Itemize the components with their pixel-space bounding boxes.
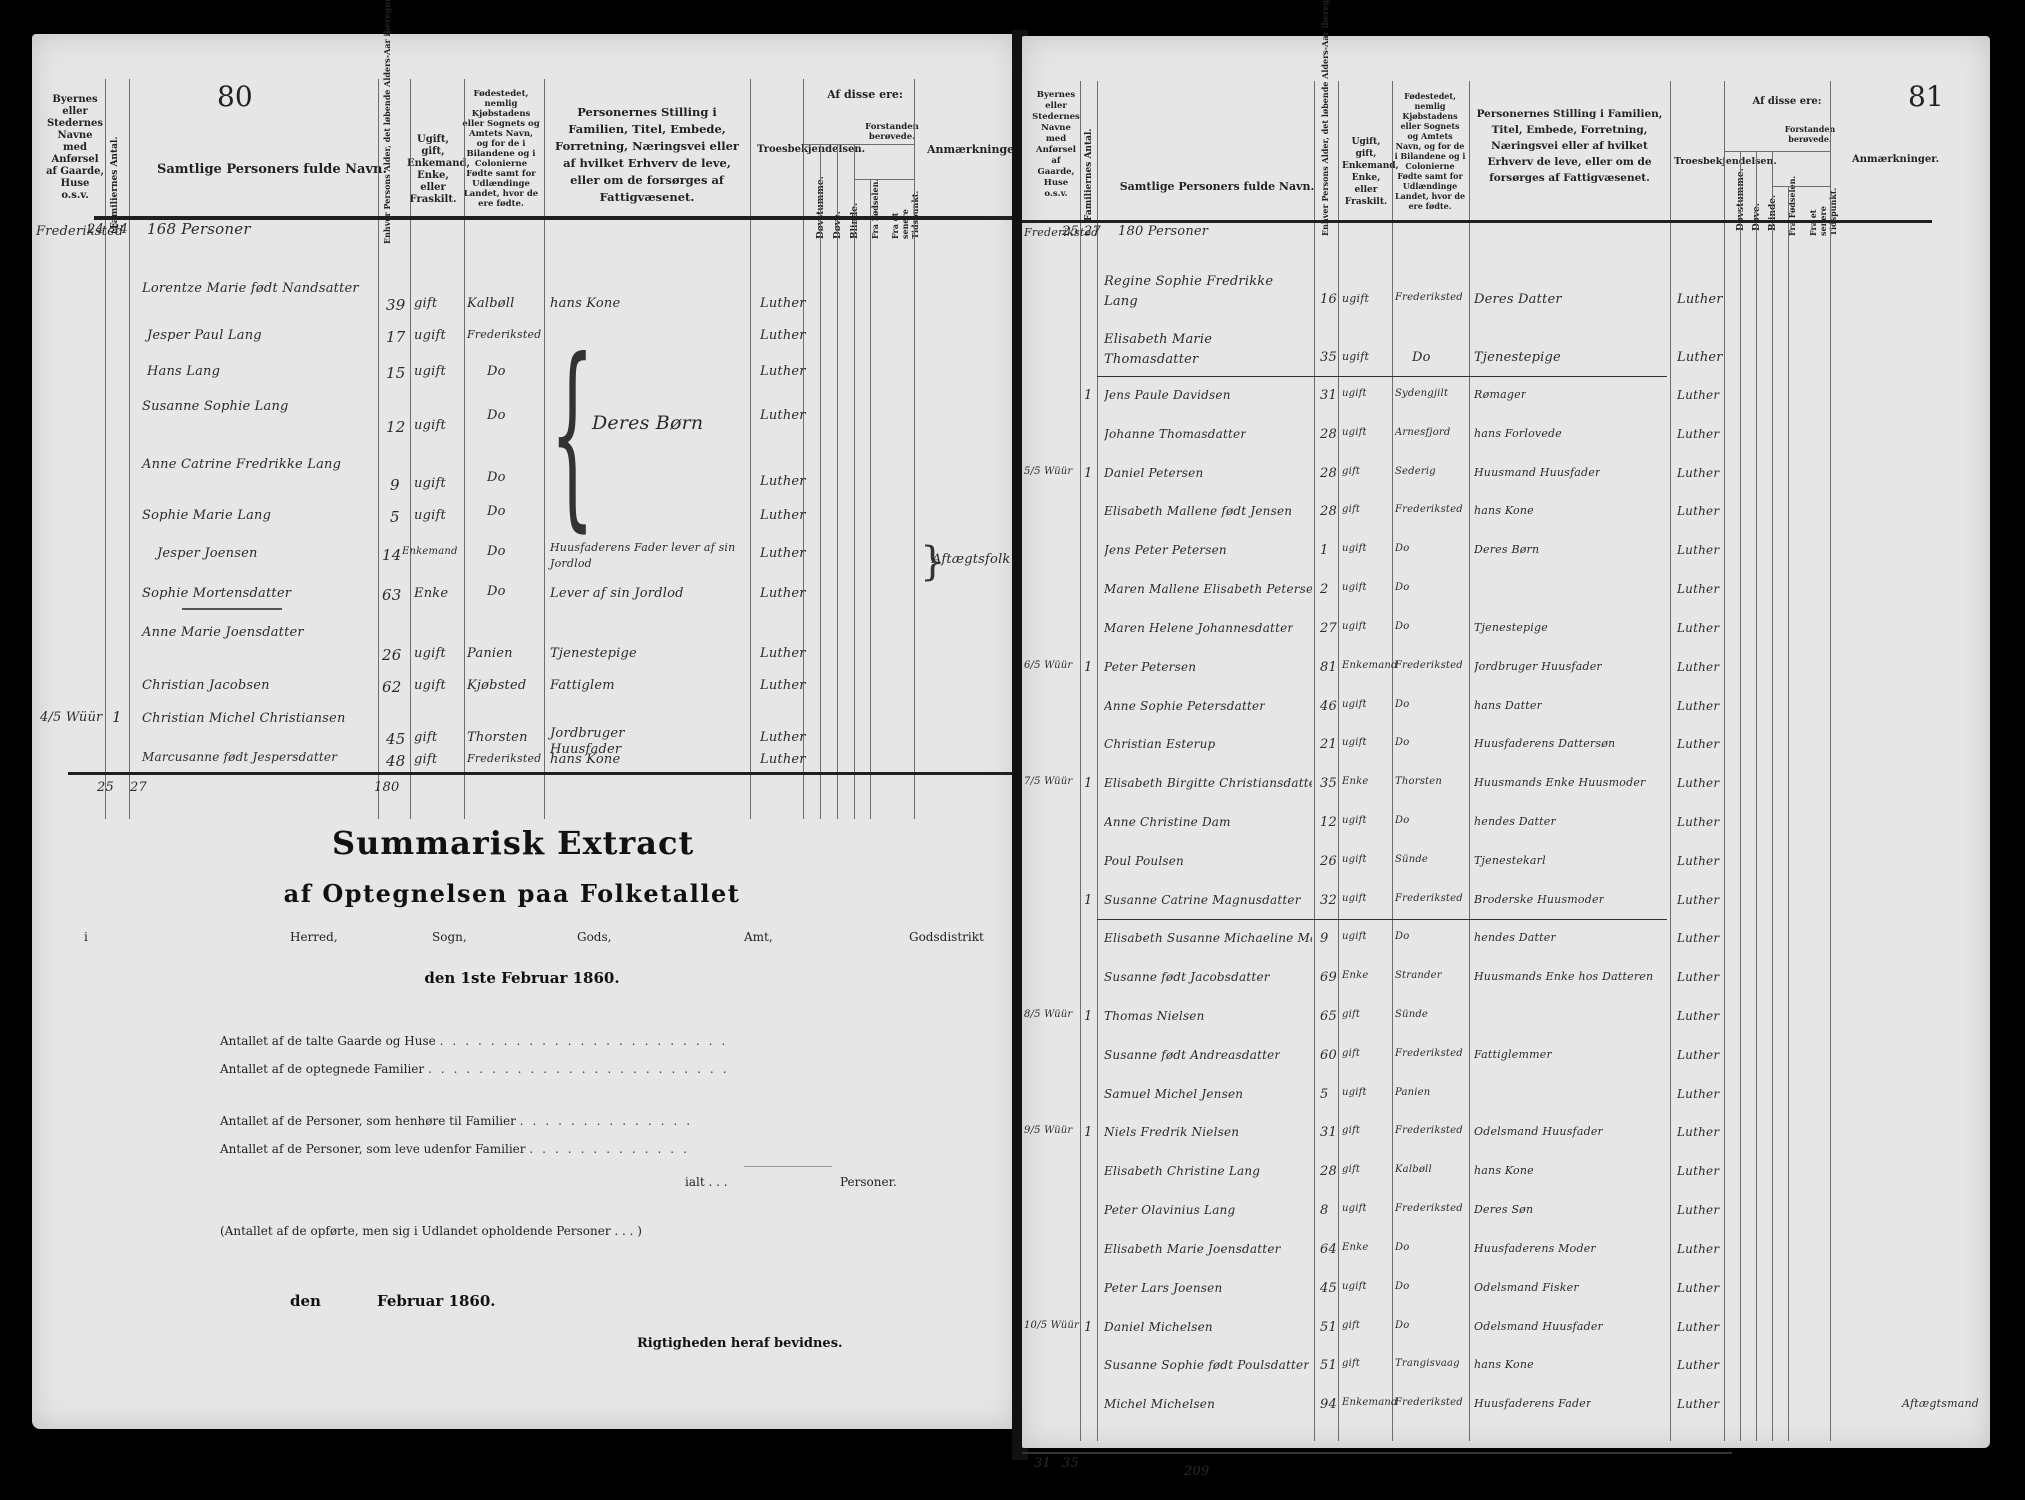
person-name: Susanne født Jacobsdatter: [1104, 970, 1270, 984]
birthplace: Do: [1395, 815, 1409, 826]
faith: Luther: [760, 678, 806, 693]
person-name: Niels Fredrik Nielsen: [1104, 1125, 1239, 1139]
marital-status: ugift: [1342, 893, 1367, 904]
marital-status: Enkemand: [1342, 1397, 1398, 1408]
column-rule: [1756, 151, 1757, 1441]
header-remarks: Anmærkninger.: [927, 144, 997, 156]
marital-status: ugift: [1342, 350, 1369, 363]
position: Tjenestepige: [1474, 621, 1548, 634]
faith: Luther: [1677, 970, 1719, 984]
place-entry: 9/5 Wüür: [1024, 1125, 1072, 1136]
birthplace: Do: [487, 584, 506, 599]
birthplace: Thorsten: [467, 730, 528, 745]
column-rule: [854, 144, 855, 819]
header-bottom-rule: [1022, 220, 1932, 223]
place-entry: 8/5 Wüür: [1024, 1009, 1072, 1020]
person-name: Poul Poulsen: [1104, 854, 1184, 868]
house-count: 24: [87, 222, 104, 237]
family-count: 1: [1084, 466, 1092, 481]
marital-status: Enke: [1342, 776, 1369, 787]
faith: Luther: [1677, 1048, 1719, 1062]
person-name: Christian Michel Christiansen: [142, 706, 372, 732]
position: Rømager: [1474, 388, 1526, 401]
position: Huusmands Enke hos Datteren: [1474, 970, 1653, 983]
person-age: 32: [1320, 893, 1337, 908]
marital-status: gift: [414, 296, 437, 311]
place-entry: 10/5 Wüür: [1024, 1320, 1079, 1331]
faith: Luther: [1677, 427, 1719, 441]
birthplace: Do: [1395, 1281, 1409, 1292]
family-count: 24: [111, 222, 128, 237]
person-age: 5: [1320, 1087, 1328, 1102]
position: hans Kone: [550, 752, 620, 767]
page-total-rule: [68, 772, 1018, 775]
birthplace: Panien: [467, 646, 513, 661]
position: Huusfaderens Moder: [1474, 1242, 1596, 1255]
birthplace: Do: [1395, 699, 1409, 710]
birthplace: Kalbøll: [1395, 1164, 1432, 1175]
family-count: 1: [1084, 1320, 1092, 1335]
header-rule: [854, 179, 914, 180]
marital-status: ugift: [1342, 427, 1367, 438]
person-age: 64: [1320, 1242, 1337, 1257]
birthplace: Frederiksted: [467, 328, 541, 341]
marital-status: ugift: [1342, 1203, 1367, 1214]
marital-status: ugift: [414, 328, 446, 343]
person-age: 2: [1320, 582, 1328, 597]
birthplace: Frederiksted: [1395, 893, 1463, 904]
right-page: 81 Byernes eller Stedernes Navne med Anf…: [1022, 36, 1990, 1448]
person-name: Susanne født Andreasdatter: [1104, 1048, 1280, 1062]
dot-leader: .............: [529, 1142, 696, 1156]
summary-line-families: Antallet af de optegnede Familier ......…: [220, 1062, 736, 1076]
birthplace: Do: [1412, 350, 1431, 365]
person-age: 27: [1320, 621, 1337, 636]
birthplace: Frederiksted: [1395, 660, 1463, 671]
birthplace: Kjøbsted: [467, 678, 526, 693]
person-name: Marcusanne født Jespersdatter: [142, 750, 337, 764]
position: Tjenestepige: [1474, 350, 1561, 365]
header-dumb: Døve.: [833, 204, 843, 239]
header-age: Enhver Persons Alder, det løbende Alders…: [382, 104, 392, 244]
person-age: 21: [1320, 737, 1337, 752]
marital-status: Enkemand: [402, 546, 458, 557]
position: Deres Søn: [1474, 1203, 1533, 1216]
header-dumb: Døve.: [1752, 196, 1762, 231]
column-rule: [837, 144, 838, 819]
person-name: Elisabeth Birgitte Christiansdatter: [1104, 776, 1312, 790]
header-of-these: Af disse ere:: [810, 89, 920, 101]
dot-leader: ........................: [428, 1062, 736, 1076]
column-rule: [870, 179, 871, 819]
house-count: 25: [1062, 224, 1079, 239]
header-families: Familiernes Antal.: [1084, 111, 1094, 221]
marital-status: gift: [1342, 1320, 1360, 1331]
faith: Luther: [1677, 1087, 1719, 1101]
person-age: 15: [386, 364, 406, 382]
person-age: 5: [390, 508, 400, 526]
faith: Luther: [1677, 388, 1719, 402]
persons-carry-over: 168 Personer: [147, 220, 251, 238]
header-rule: [1772, 186, 1830, 187]
total-families: 27: [130, 780, 147, 795]
column-rule: [464, 79, 465, 819]
summary-line-persons-outside: Antallet af de Personer, som leve udenfo…: [220, 1142, 696, 1156]
faith: Luther: [760, 364, 806, 379]
person-name: Jesper Paul Lang: [147, 328, 262, 343]
marital-status: Enke: [414, 586, 448, 601]
column-rule: [1670, 81, 1671, 1441]
person-age: 1: [1320, 543, 1328, 558]
faith: Luther: [1677, 1358, 1719, 1372]
brace-icon: {: [550, 334, 595, 534]
position: Huusfaderens Dattersøn: [1474, 737, 1615, 750]
header-birthplace: Fødestedet, nemlig Kjøbstadens eller Sog…: [1394, 91, 1466, 211]
person-age: 45: [1320, 1281, 1337, 1296]
position: Lever af sin Jordlod: [550, 586, 684, 601]
birthplace: Panien: [1395, 1087, 1430, 1098]
birthplace: Kalbøll: [467, 296, 514, 311]
header-deaf: Døvstumme.: [816, 179, 826, 239]
person-age: 12: [1320, 815, 1337, 830]
column-rule: [1080, 81, 1081, 1441]
faith: Luther: [1677, 854, 1719, 868]
person-name: Anne Christine Dam: [1104, 815, 1231, 829]
birthplace: Frederiksted: [1395, 1203, 1463, 1214]
leading-mark: i: [84, 930, 88, 944]
marital-status: gift: [1342, 466, 1360, 477]
position: Fattiglem: [550, 678, 615, 693]
faith: Luther: [1677, 582, 1719, 596]
faith: Luther: [1677, 504, 1719, 518]
position: Huusfaderens Fader: [1474, 1397, 1591, 1410]
person-age: 35: [1320, 776, 1337, 791]
marital-status: ugift: [414, 508, 446, 523]
faith: Luther: [760, 646, 806, 661]
page-total-rule: [1022, 1452, 1732, 1454]
total-label: ialt . . .: [685, 1175, 728, 1189]
birthplace: Frederiksted: [1395, 1048, 1463, 1059]
column-rule: [820, 144, 821, 819]
birthplace: Do: [1395, 1242, 1409, 1253]
person-age: 62: [382, 678, 402, 696]
faith: Luther: [760, 508, 806, 523]
household-rule: [1097, 919, 1667, 920]
column-rule: [105, 79, 106, 819]
position: Tjenestepige: [550, 646, 637, 661]
header-name: Samtlige Personers fulde Navn.: [1107, 181, 1327, 193]
left-page: 80 Byernes eller Stedernes Navne med Anf…: [32, 34, 1017, 1429]
person-name: Susanne Sophie Lang: [142, 396, 372, 418]
birthplace: Do: [487, 408, 506, 423]
birthplace: Arnesfjord: [1395, 427, 1451, 438]
total-persons: 209: [1184, 1464, 1209, 1479]
marital-status: ugift: [414, 678, 446, 693]
dot-leader: ..............: [520, 1114, 699, 1128]
total-persons: 180: [374, 780, 399, 795]
header-of-these: Af disse ere:: [1732, 96, 1842, 108]
position: Odelsmand Fisker: [1474, 1281, 1579, 1294]
header-birthplace: Fødestedet, nemlig Kjøbstadens eller Sog…: [462, 89, 540, 209]
person-age: 8: [1320, 1203, 1328, 1218]
position: hans Kone: [1474, 504, 1534, 517]
marital-status: ugift: [414, 646, 446, 661]
marital-status: gift: [1342, 1009, 1360, 1020]
marital-status: ugift: [1342, 931, 1367, 942]
column-rule: [1469, 81, 1470, 1441]
persons-carry-over: 180 Personer: [1118, 224, 1208, 239]
person-age: 46: [1320, 699, 1337, 714]
header-remarks: Anmærkninger.: [1852, 154, 1922, 166]
person-name: Regine Sophie Fredrikke Lang: [1104, 272, 1309, 312]
person-age: 81: [1320, 660, 1337, 675]
faith: Luther: [1677, 1125, 1719, 1139]
faith: Luther: [1677, 931, 1719, 945]
person-name: Peter Lars Joensen: [1104, 1281, 1222, 1295]
admin-unit-herred: Herred,: [290, 930, 338, 944]
marital-status: gift: [1342, 1164, 1360, 1175]
column-rule: [750, 79, 751, 819]
faith: Luther: [1677, 776, 1719, 790]
marital-status: gift: [1342, 1048, 1360, 1059]
faith: Luther: [1677, 737, 1719, 751]
header-rule: [1724, 151, 1830, 152]
marital-status: ugift: [1342, 854, 1367, 865]
person-age: 26: [382, 646, 402, 664]
header-later: Fra et senere Tidspunkt.: [890, 184, 910, 239]
abroad-line: (Antallet af de opførte, men sig i Udlan…: [220, 1224, 642, 1238]
birthplace: Do: [487, 504, 506, 519]
birthplace: Do: [1395, 1320, 1409, 1331]
birthplace: Frederiksted: [1395, 504, 1463, 515]
faith: Luther: [1677, 543, 1719, 557]
faith: Luther: [760, 730, 806, 745]
attestation: Rigtigheden heraf bevidnes.: [637, 1336, 843, 1351]
family-count: 1: [1084, 1009, 1092, 1024]
person-name: Daniel Michelsen: [1104, 1320, 1213, 1334]
marital-status: ugift: [1342, 388, 1367, 399]
signature-date: Februar 1860.: [377, 1292, 495, 1310]
faith: Luther: [1677, 1164, 1719, 1178]
position: Fattiglemmer: [1474, 1048, 1552, 1061]
position: hans Forlovede: [1474, 427, 1562, 440]
total-houses: 31: [1034, 1456, 1051, 1471]
faith: Luther: [760, 474, 806, 489]
admin-unit-amt: Amt,: [744, 930, 773, 944]
faith: Luther: [1677, 660, 1719, 674]
summary-line-houses: Antallet af de talte Gaarde og Huse ....…: [220, 1034, 734, 1048]
header-faith: Troesbekjendelsen.: [757, 144, 805, 156]
person-age: 28: [1320, 427, 1337, 442]
person-name: Anne Sophie Petersdatter: [1104, 699, 1265, 713]
admin-unit-gods: Gods,: [577, 930, 611, 944]
birthplace: Do: [487, 364, 506, 379]
summary-subtitle: af Optegnelsen paa Folketallet: [272, 879, 752, 908]
faith: Luther: [1677, 350, 1723, 365]
marital-status: ugift: [1342, 699, 1367, 710]
position: hans Kone: [1474, 1164, 1534, 1177]
person-name: Elisabeth Marie Joensdatter: [1104, 1242, 1281, 1256]
marital-status: ugift: [1342, 1281, 1367, 1292]
faith: Luther: [1677, 815, 1719, 829]
family-count: 1: [1084, 893, 1092, 908]
faith: Luther: [1677, 1320, 1719, 1334]
remark: Aftægtsfolk: [932, 552, 1011, 567]
position: hans Kone: [1474, 1358, 1534, 1371]
column-rule: [1772, 151, 1773, 1441]
person-age: 28: [1320, 1164, 1337, 1179]
person-name: Elisabeth Marie Thomasdatter: [1104, 330, 1309, 370]
birthplace: Do: [487, 544, 506, 559]
person-age: 17: [386, 328, 406, 346]
birthplace: Do: [1395, 621, 1409, 632]
birthplace: Sünde: [1395, 854, 1428, 865]
person-name: Thomas Nielsen: [1104, 1009, 1205, 1023]
faith: Luther: [760, 752, 806, 767]
marital-status: ugift: [1342, 582, 1367, 593]
family-count: 1: [1084, 660, 1092, 675]
position: Odelsmand Huusfader: [1474, 1125, 1603, 1138]
person-name: Elisabeth Susanne Michaeline Magnussen: [1104, 931, 1312, 945]
person-name: Jens Paule Davidsen: [1104, 388, 1231, 402]
person-name: Sophie Mortensdatter: [142, 586, 291, 601]
summary-line-persons-in-families: Antallet af de Personer, som henhøre til…: [220, 1114, 699, 1128]
faith: Luther: [1677, 292, 1723, 307]
faith: Luther: [1677, 699, 1719, 713]
person-age: 31: [1320, 1125, 1337, 1140]
position: hendes Datter: [1474, 815, 1556, 828]
position: hans Datter: [1474, 699, 1542, 712]
person-name: Anne Catrine Fredrikke Lang: [142, 454, 372, 476]
birthplace: Do: [1395, 543, 1409, 554]
person-name: Elisabeth Christine Lang: [1104, 1164, 1260, 1178]
marital-status: ugift: [1342, 621, 1367, 632]
column-rule: [914, 79, 915, 819]
position: Deres Børn: [1474, 543, 1539, 556]
header-marital: Ugift, gift, Enkemand, Enke, eller Frask…: [407, 134, 459, 206]
birthplace: Frederiksted: [1395, 1125, 1463, 1136]
birthplace: Thorsten: [1395, 776, 1442, 787]
header-later: Fra et senere Tidspunkt.: [1808, 186, 1828, 236]
birthplace: Do: [1395, 931, 1409, 942]
signature-date-prefix: den: [290, 1292, 321, 1310]
person-name: Samuel Michel Jensen: [1104, 1087, 1243, 1101]
column-rule: [1314, 81, 1315, 1441]
remark: Aftægtsmand: [1902, 1397, 1979, 1410]
place-entry: 4/5 Wüür: [40, 710, 102, 725]
header-name: Samtlige Personers fulde Navn.: [142, 164, 402, 176]
marital-status: ugift: [1342, 543, 1367, 554]
birthplace: Do: [1395, 737, 1409, 748]
family-count: 1: [112, 708, 122, 726]
faith: Luther: [1677, 1009, 1719, 1023]
position: Broderske Huusmoder: [1474, 893, 1604, 906]
person-name: Lorentze Marie født Nandsatter: [142, 280, 372, 298]
column-rule: [378, 79, 379, 819]
column-rule: [410, 79, 411, 819]
birthplace: Do: [1395, 582, 1409, 593]
column-rule: [803, 79, 804, 819]
person-age: 16: [1320, 292, 1337, 307]
position: Tjenestekarl: [1474, 854, 1546, 867]
marital-status: gift: [1342, 1358, 1360, 1369]
page-number: 80: [217, 80, 253, 113]
faith: Luther: [1677, 1242, 1719, 1256]
birthplace: Trangisvaag: [1395, 1358, 1460, 1369]
marital-status: Enke: [1342, 970, 1369, 981]
position: Huusmands Enke Huusmoder: [1474, 776, 1646, 789]
header-faith: Troesbekjendelsen.: [1674, 156, 1722, 168]
person-age: 9: [1320, 931, 1328, 946]
person-age: 69: [1320, 970, 1337, 985]
position: Odelsmand Huusfader: [1474, 1320, 1603, 1333]
total-families: 35: [1062, 1456, 1079, 1471]
position: hendes Datter: [1474, 931, 1556, 944]
summary-date: den 1ste Februar 1860.: [372, 969, 672, 987]
position: Huusfaderens Fader lever af sin Jordlod: [550, 540, 745, 572]
total-houses: 25: [97, 780, 114, 795]
faith: Luther: [1677, 466, 1719, 480]
person-name: Johanne Thomasdatter: [1104, 427, 1246, 441]
header-mentally: Forstanden berøvede.: [864, 122, 920, 142]
person-age: 9: [390, 476, 400, 494]
header-position: Personernes Stilling i Familien, Titel, …: [547, 104, 747, 206]
faith: Luther: [760, 586, 806, 601]
marital-status: gift: [414, 730, 437, 745]
column-rule: [1740, 151, 1741, 1441]
place-entry: 7/5 Wüür: [1024, 776, 1072, 787]
header-rule: [803, 144, 914, 145]
position: Deres Børn: [592, 412, 703, 434]
header-age: Enhver Persons Alder, det løbende Alders…: [1320, 96, 1330, 236]
marital-status: gift: [1342, 1125, 1360, 1136]
birthplace: Frederiksted: [1395, 292, 1463, 303]
person-age: 60: [1320, 1048, 1337, 1063]
sum-rule: [744, 1166, 832, 1167]
person-name: Maren Mallene Elisabeth Petersen: [1104, 582, 1312, 596]
column-rule: [544, 79, 545, 819]
position: Jordbruger Huusfader: [1474, 660, 1602, 673]
marital-status: gift: [1342, 504, 1360, 515]
person-age: 39: [386, 296, 406, 314]
column-rule: [1392, 81, 1393, 1441]
person-age: 28: [1320, 504, 1337, 519]
page-number: 81: [1908, 80, 1944, 113]
person-age: 26: [1320, 854, 1337, 869]
marital-status: ugift: [1342, 1087, 1367, 1098]
person-name: Christian Jacobsen: [142, 678, 270, 693]
separator-rule: [182, 608, 282, 610]
faith: Luther: [1677, 1281, 1719, 1295]
birthplace: Sederig: [1395, 466, 1436, 477]
birthplace: Sünde: [1395, 1009, 1428, 1020]
faith: Luther: [1677, 1203, 1719, 1217]
person-name: Peter Olavinius Lang: [1104, 1203, 1235, 1217]
faith: Luther: [760, 296, 806, 311]
column-rule: [1830, 81, 1831, 1441]
family-count: 1: [1084, 1125, 1092, 1140]
column-rule: [1097, 81, 1098, 1441]
person-name: Daniel Petersen: [1104, 466, 1203, 480]
birthplace: Frederiksted: [467, 752, 541, 765]
person-age: 12: [386, 418, 406, 436]
admin-unit-sogn: Sogn,: [432, 930, 467, 944]
person-age: 31: [1320, 388, 1337, 403]
person-name: Maren Helene Johannesdatter: [1104, 621, 1293, 635]
column-rule: [1338, 81, 1339, 1441]
person-name: Jens Peter Petersen: [1104, 543, 1227, 557]
header-families: Familiernes Antal.: [110, 109, 120, 229]
